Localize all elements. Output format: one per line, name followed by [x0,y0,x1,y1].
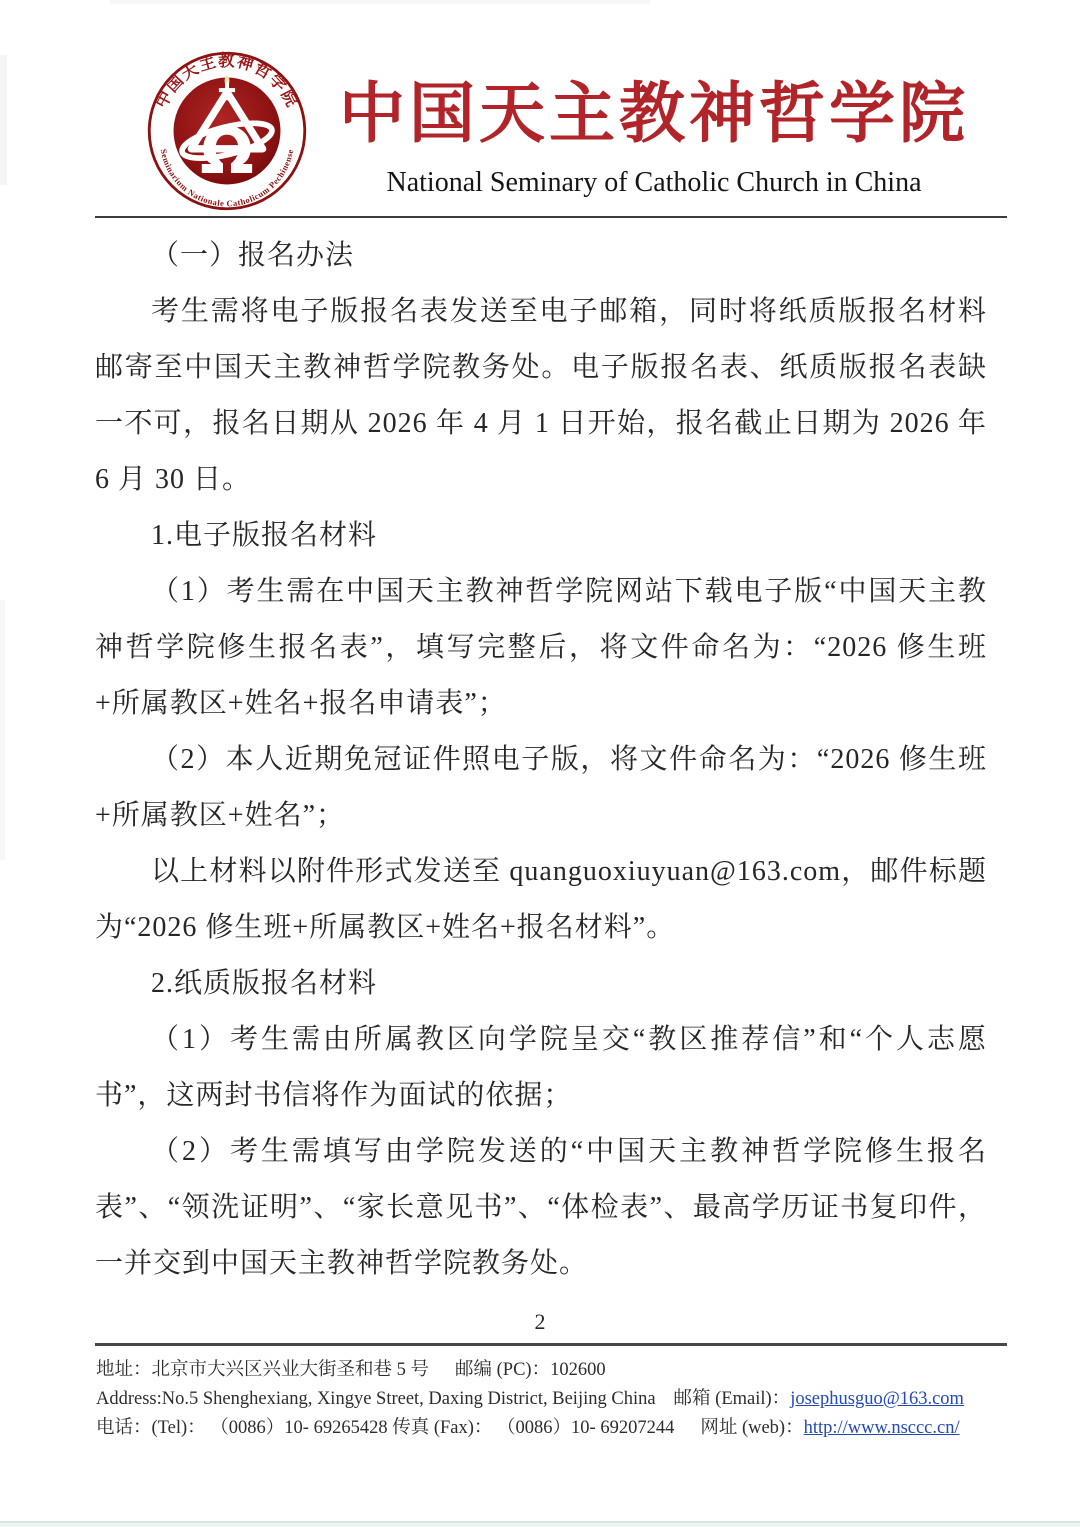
header-divider [95,216,1007,218]
scan-bottom-edge-strip [0,1523,1080,1527]
para-electronic-item-1: （1）考生需在中国天主教神哲学院网站下载电子版“中国天主教神哲学院修生报名表”，… [95,564,987,732]
footer-divider [95,1343,1007,1346]
para-electronic-item-2: （2）本人近期免冠证件照电子版，将文件命名为：“2026 修生班+所属教区+姓名… [95,732,987,844]
heading-electronic-materials: 1.电子版报名材料 [95,508,987,564]
para-application-overview: 考生需将电子版报名表发送至电子邮箱，同时将纸质版报名材料邮寄至中国天主教神哲学院… [95,284,987,508]
footer-tel-fax: 电话：(Tel)： （0086）10- 69265428 传真 (Fax)： （… [96,1418,674,1438]
footer-email-link[interactable]: josephusguo@163.com [790,1389,964,1409]
footer-line-telweb: 电话：(Tel)： （0086）10- 69265428 传真 (Fax)： （… [96,1414,1008,1443]
document-page: 中国天主教神哲学院 Seminarium Nationale Catholicu… [0,0,1080,1527]
seminary-seal-logo: 中国天主教神哲学院 Seminarium Nationale Catholicu… [146,50,308,212]
svg-text:Ω: Ω [200,114,254,188]
scan-artifact [110,0,650,4]
footer-email-label: 邮箱 (Email)： [674,1389,791,1409]
scan-artifact [0,600,5,860]
para-paper-item-1: （1）考生需由所属教区向学院呈交“教区推荐信”和“个人志愿书”，这两封书信将作为… [95,1012,987,1124]
footer-website-link[interactable]: http://www.nsccc.cn/ [804,1418,960,1438]
para-email-instruction: 以上材料以附件形式发送至 quanguoxiuyuan@163.com，邮件标题… [95,844,987,956]
footer-address-en: Address:No.5 Shenghexiang, Xingye Street… [96,1389,656,1409]
section-heading-application-method: （一）报名办法 [95,228,987,284]
footer-line-address: 地址：北京市大兴区兴业大街圣和巷 5 号邮编 (PC)：102600 [96,1356,1008,1385]
footer-postcode: 邮编 (PC)：102600 [455,1360,606,1380]
heading-paper-materials: 2.纸质版报名材料 [95,956,987,1012]
page-number: 2 [0,1309,1080,1335]
footer: 地址：北京市大兴区兴业大街圣和巷 5 号邮编 (PC)：102600 Addre… [96,1356,1008,1443]
seal-graphic: 中国天主教神哲学院 Seminarium Nationale Catholicu… [146,50,308,212]
seminary-title-en: National Seminary of Catholic Church in … [318,168,990,199]
seminary-title-cn: 中国天主教神哲学院 [318,82,990,148]
footer-line-email: Address:No.5 Shenghexiang, Xingye Street… [96,1385,1008,1414]
para-paper-item-2: （2）考生需填写由学院发送的“中国天主教神哲学院修生报名表”、“领洗证明”、“家… [95,1124,987,1292]
scan-artifact [0,55,7,185]
document-body: （一）报名办法 考生需将电子版报名表发送至电子邮箱，同时将纸质版报名材料邮寄至中… [95,228,987,1292]
footer-web-label: 网址 (web)： [700,1418,803,1438]
footer-address-cn: 地址：北京市大兴区兴业大街圣和巷 5 号 [96,1360,429,1380]
